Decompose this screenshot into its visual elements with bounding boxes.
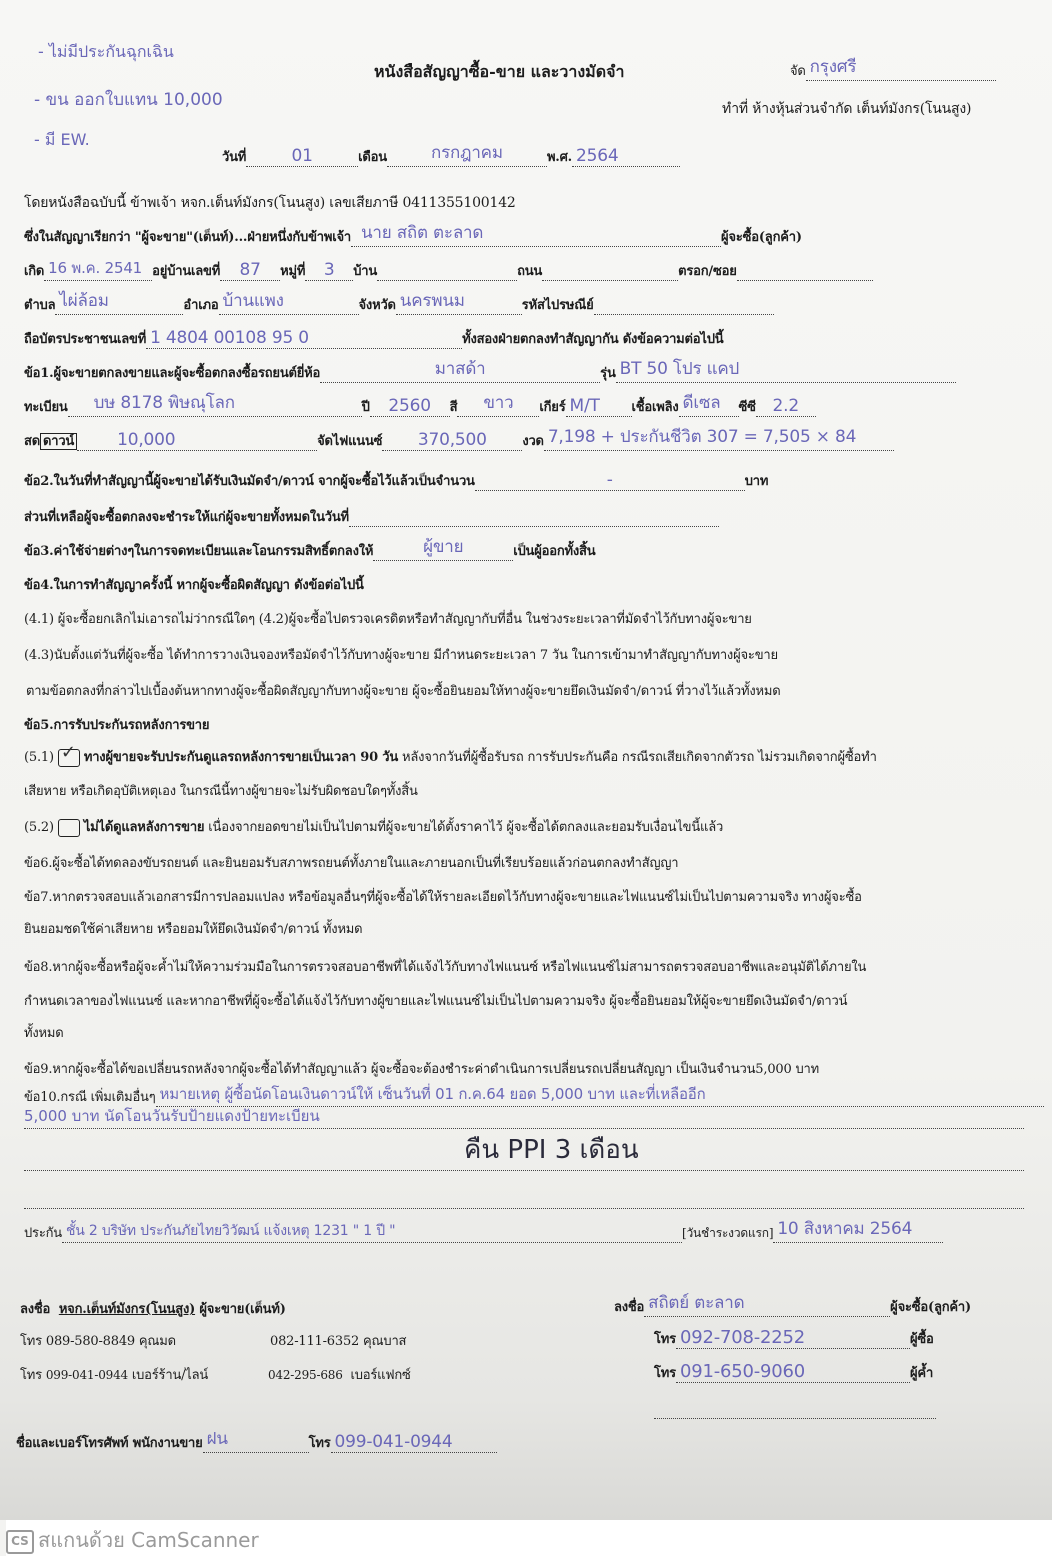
clause10-label: ข้อ10.กรณี เพิ่มเติมอื่นๆ (24, 1090, 156, 1105)
seller-clause: ซึ่งในสัญญาเรียกว่า "ผู้จะขาย"(เต็นท์)..… (24, 230, 351, 245)
model-label: รุ่น (600, 366, 615, 381)
subdistrict-value: ไผ่ล้อม (55, 287, 183, 314)
road-label: ถนน (517, 264, 542, 279)
day-label: วันที่ (222, 150, 246, 165)
born-label: เกิด (24, 264, 44, 279)
buyer-name: นาย สถิต ตะลาด (351, 219, 721, 246)
clause10-line3: คืน PPI 3 เดือน (464, 1129, 1024, 1170)
seller-name: หจก.เต็นท์มังกร(โนนสูง) (59, 1302, 195, 1317)
buyer-phone-role: ผู้ซื้อ (910, 1332, 934, 1347)
province-value: นครพนม (396, 287, 522, 314)
gear-label: เกียร์ (539, 400, 565, 415)
born-value: 16 พ.ค. 2541 (44, 256, 152, 280)
plate-label: ทะเบียน (24, 400, 68, 415)
made-at: ทำที่ ห้างหุ้นส่วนจำกัด เต็นท์มังกร(โนนส… (722, 98, 971, 120)
fuel-value: ดีเซล (679, 389, 739, 416)
district-label: อำเภอ (183, 298, 218, 313)
margin-note: - ขน ออกใบแทน 10,000 (34, 86, 223, 113)
clause10-line2: 5,000 บาท นัดโอนวันรับป้ายแดงป้ายทะเบียน (24, 1104, 1024, 1128)
clause4-line: (4.3)นับตั้งแต่วันที่ผู้จะซื้อ ได้ทำการว… (24, 644, 778, 665)
moo-label: หมู่ที่ (280, 264, 305, 279)
seller-role: ผู้จะขาย(เต็นท์) (199, 1302, 285, 1317)
down-value: 10,000 (77, 430, 317, 450)
finance-value: 370,500 (382, 430, 522, 450)
clause8-line: ข้อ8.หากผู้จะซื้อหรือผู้จะค้ำไม่ให้ความร… (24, 956, 866, 977)
deposit-unit: บาท (745, 474, 769, 489)
id-label: ถือบัตรประชาชนเลขที่ (24, 332, 146, 347)
option-5-1-checkbox[interactable]: ✓ (58, 749, 80, 767)
soi-label: ตรอก/ซอย (678, 264, 737, 279)
option-5-2-number: (5.2) (24, 820, 54, 835)
guarantor-phone-role: ผู้ค้ำ (910, 1366, 933, 1381)
postcode-label: รหัสไปรษณีย์ (522, 298, 594, 313)
year-label: พ.ศ. (547, 150, 572, 165)
car-color: ขาว (457, 389, 539, 416)
document-title: หนังสือสัญญาซื้อ-ขาย และวางมัดจำ (374, 60, 624, 85)
finance-label: จัดไฟแนนซ์ (317, 434, 382, 449)
first-payment-value: 10 สิงหาคม 2564 (773, 1215, 943, 1242)
seller-phone: 082-111-6352 (270, 1334, 359, 1349)
moo-value: 3 (305, 260, 353, 280)
buyer-phone-label: โทร (654, 1332, 676, 1347)
camscanner-watermark: CS สแกนด้วย CamScanner (6, 1520, 1052, 1556)
buyer-sign-role: ผู้จะซื้อ(ลูกค้า) (890, 1300, 971, 1315)
clause4-line: (4.1) ผู้จะซื้อยกเลิกไม่เอารถไม่ว่ากรณีใ… (24, 608, 752, 629)
village-label: บ้าน (353, 264, 377, 279)
margin-note: - มี EW. (34, 128, 90, 153)
seller-phone-note: คุณมด (139, 1334, 176, 1349)
salesperson-label: ชื่อและเบอร์โทรศัพท์ พนักงานขาย (16, 1436, 203, 1451)
clause2-line2: ส่วนที่เหลือผู้จะซื้อตกลงจะชำระให้แก่ผู้… (24, 510, 349, 525)
deposit-amount: - (475, 470, 745, 490)
buyer-phone: 092-708-2252 (676, 1327, 910, 1348)
guarantor-phone-label: โทร (654, 1366, 676, 1381)
option-5-2-text: เนื่องจากยอดขายไม่เป็นไปตามที่ผู้จะขายได… (204, 820, 723, 835)
seller-phone-note: เบอร์แฟกซ์ (351, 1368, 411, 1383)
plate-value: บษ 8178 พิษณุโลก (68, 389, 362, 416)
house-no-label: อยู่บ้านเลขที่ (152, 264, 220, 279)
seller-phone: 042-295-686 (268, 1368, 343, 1382)
buyer-sign-label: ลงชื่อ (614, 1300, 644, 1315)
year-value: 2564 (572, 146, 680, 166)
clause8-line: ทั้งหมด (24, 1022, 64, 1043)
camscanner-logo-icon: CS (6, 1530, 34, 1554)
installment-value: 7,198 + ประกันชีวิต 307 = 7,505 × 84 (544, 423, 894, 450)
district-value: บ้านแพง (219, 287, 359, 314)
clause7-line: ข้อ7.หากตรวจสอบแล้วเอกสารมีการปลอมแปลง ห… (24, 886, 862, 907)
clause5-heading: ข้อ5.การรับประกันรถหลังการขาย (24, 714, 209, 735)
arranged-by-value: กรุงศรี (806, 53, 996, 80)
clause8-line: กำหนดเวลาของไฟแนนซ์ และหากอาชีพที่ผู้จะซ… (24, 990, 847, 1011)
intro-line: โดยหนังสือฉบับนี้ ข้าพเจ้า หจก.เต็นท์มัง… (24, 192, 516, 214)
id-suffix: ทั้งสองฝ่ายตกลงทำสัญญากัน ดังข้อความต่อไ… (462, 332, 723, 347)
option-5-1-title: ทางผู้ขายจะรับประกันดูแลรถหลังการขายเป็น… (84, 750, 398, 765)
car-year-label: ปี (362, 400, 370, 415)
checkmark-icon: ✓ (61, 742, 76, 763)
car-year: 2560 (370, 396, 450, 416)
insurance-value: ชั้น 2 บริษัท ประกันภัยไทยวิวัฒน์ แจ้งเห… (62, 1220, 682, 1242)
contract-page: - ไม่มีประกันฉุกเฉิน - ขน ออกใบแทน 10,00… (0, 0, 1052, 1520)
clause3-suffix: เป็นผู้ออกทั้งสิ้น (513, 544, 595, 559)
salesperson-name: ฝน (203, 1425, 309, 1452)
guarantor-phone: 091-650-9060 (676, 1361, 910, 1382)
down-label-boxed: ดาวน์ (40, 433, 77, 450)
clause3-value: ผู้ขาย (373, 533, 513, 560)
color-label: สี (450, 400, 458, 415)
installment-label: งวด (522, 434, 544, 449)
phone-prefix: โทร (20, 1368, 42, 1383)
phone-prefix: โทร (20, 1334, 42, 1349)
option-5-2-checkbox[interactable] (58, 819, 80, 837)
clause7-line: ยินยอมชดใช้ค่าเสียหาย หรือยอมให้ยึดเงินม… (24, 918, 362, 939)
option-5-1-text: หลังจากวันที่ผู้ซื้อรับรถ การรับประกันคื… (398, 750, 877, 765)
seller-phone-note: คุณบาส (363, 1334, 406, 1349)
buyer-suffix: ผู้จะซื้อ(ลูกค้า) (721, 230, 802, 245)
clause2-line1: ข้อ2.ในวันที่ทำสัญญานี้ผู้จะขายได้รับเงิ… (24, 474, 475, 489)
cash-label: สด (24, 434, 40, 449)
car-model: BT 50 โปร แคป (616, 355, 956, 382)
gear-value: M/T (566, 396, 632, 416)
id-value: 1 4804 00108 95 0 (146, 328, 462, 348)
house-no-value: 87 (220, 260, 280, 280)
insurance-label: ประกัน (24, 1226, 62, 1241)
salesperson-phone-label: โทร (309, 1436, 331, 1451)
camscanner-text: สแกนด้วย CamScanner (38, 1524, 259, 1556)
clause6: ข้อ6.ผู้จะซื้อได้ทดลองขับรถยนต์ และยินยอ… (24, 852, 678, 873)
clause4-line: ตามข้อตกลงที่กล่าวไปเบื้องต้นหากทางผู้จะ… (26, 680, 780, 701)
fuel-label: เชื้อเพลิง (632, 400, 679, 415)
clause4-heading: ข้อ4.ในการทำสัญญาครั้งนี้ หากผู้จะซื้อผิ… (24, 574, 364, 595)
seller-sign-label: ลงชื่อ (20, 1302, 50, 1317)
arranged-by-label: จัด (790, 64, 806, 79)
clause9: ข้อ9.หากผู้จะซื้อได้ขอเปลี่ยนรถหลังจากผู… (24, 1058, 819, 1079)
option-5-1-text2: เสียหาย หรือเกิดอุบัติเหตุเอง ในกรณีนี้ท… (24, 780, 418, 801)
option-5-1-number: (5.1) (24, 750, 54, 765)
month-label: เดือน (358, 150, 387, 165)
margin-note: - ไม่มีประกันฉุกเฉิน (38, 40, 174, 65)
seller-phone: 099-041-0944 (46, 1368, 128, 1382)
first-payment-label: [วันชำระงวดแรก] (682, 1226, 773, 1240)
province-label: จังหวัด (359, 298, 396, 313)
seller-phone: 089-580-8849 (46, 1334, 135, 1349)
clause1-label: ข้อ1.ผู้จะขายตกลงขายและผู้จะซื้อตกลงซื้อ… (24, 366, 320, 381)
clause10-line1: หมายเหตุ ผู้ซื้อนัดโอนเงินดาวน์ให้ เซ็นว… (156, 1082, 1044, 1106)
cc-value: 2.2 (756, 396, 816, 416)
salesperson-phone: 099-041-0944 (331, 1432, 497, 1452)
clause3-label: ข้อ3.ค่าใช้จ่ายต่างๆในการจดทะเบียนและโอน… (24, 544, 373, 559)
cc-label: ซีซี (739, 400, 756, 415)
seller-phone-note: เบอร์ร้าน/ไลน์ (132, 1368, 208, 1383)
option-5-2-title: ไม่ได้ดูแลหลังการขาย (84, 820, 205, 835)
day-value: 01 (246, 146, 358, 166)
subdistrict-label: ตำบล (24, 298, 55, 313)
month-value: กรกฎาคม (387, 139, 547, 166)
buyer-signature: สถิตย์ ตะลาด (644, 1289, 890, 1316)
car-brand: มาสด้า (320, 355, 600, 382)
